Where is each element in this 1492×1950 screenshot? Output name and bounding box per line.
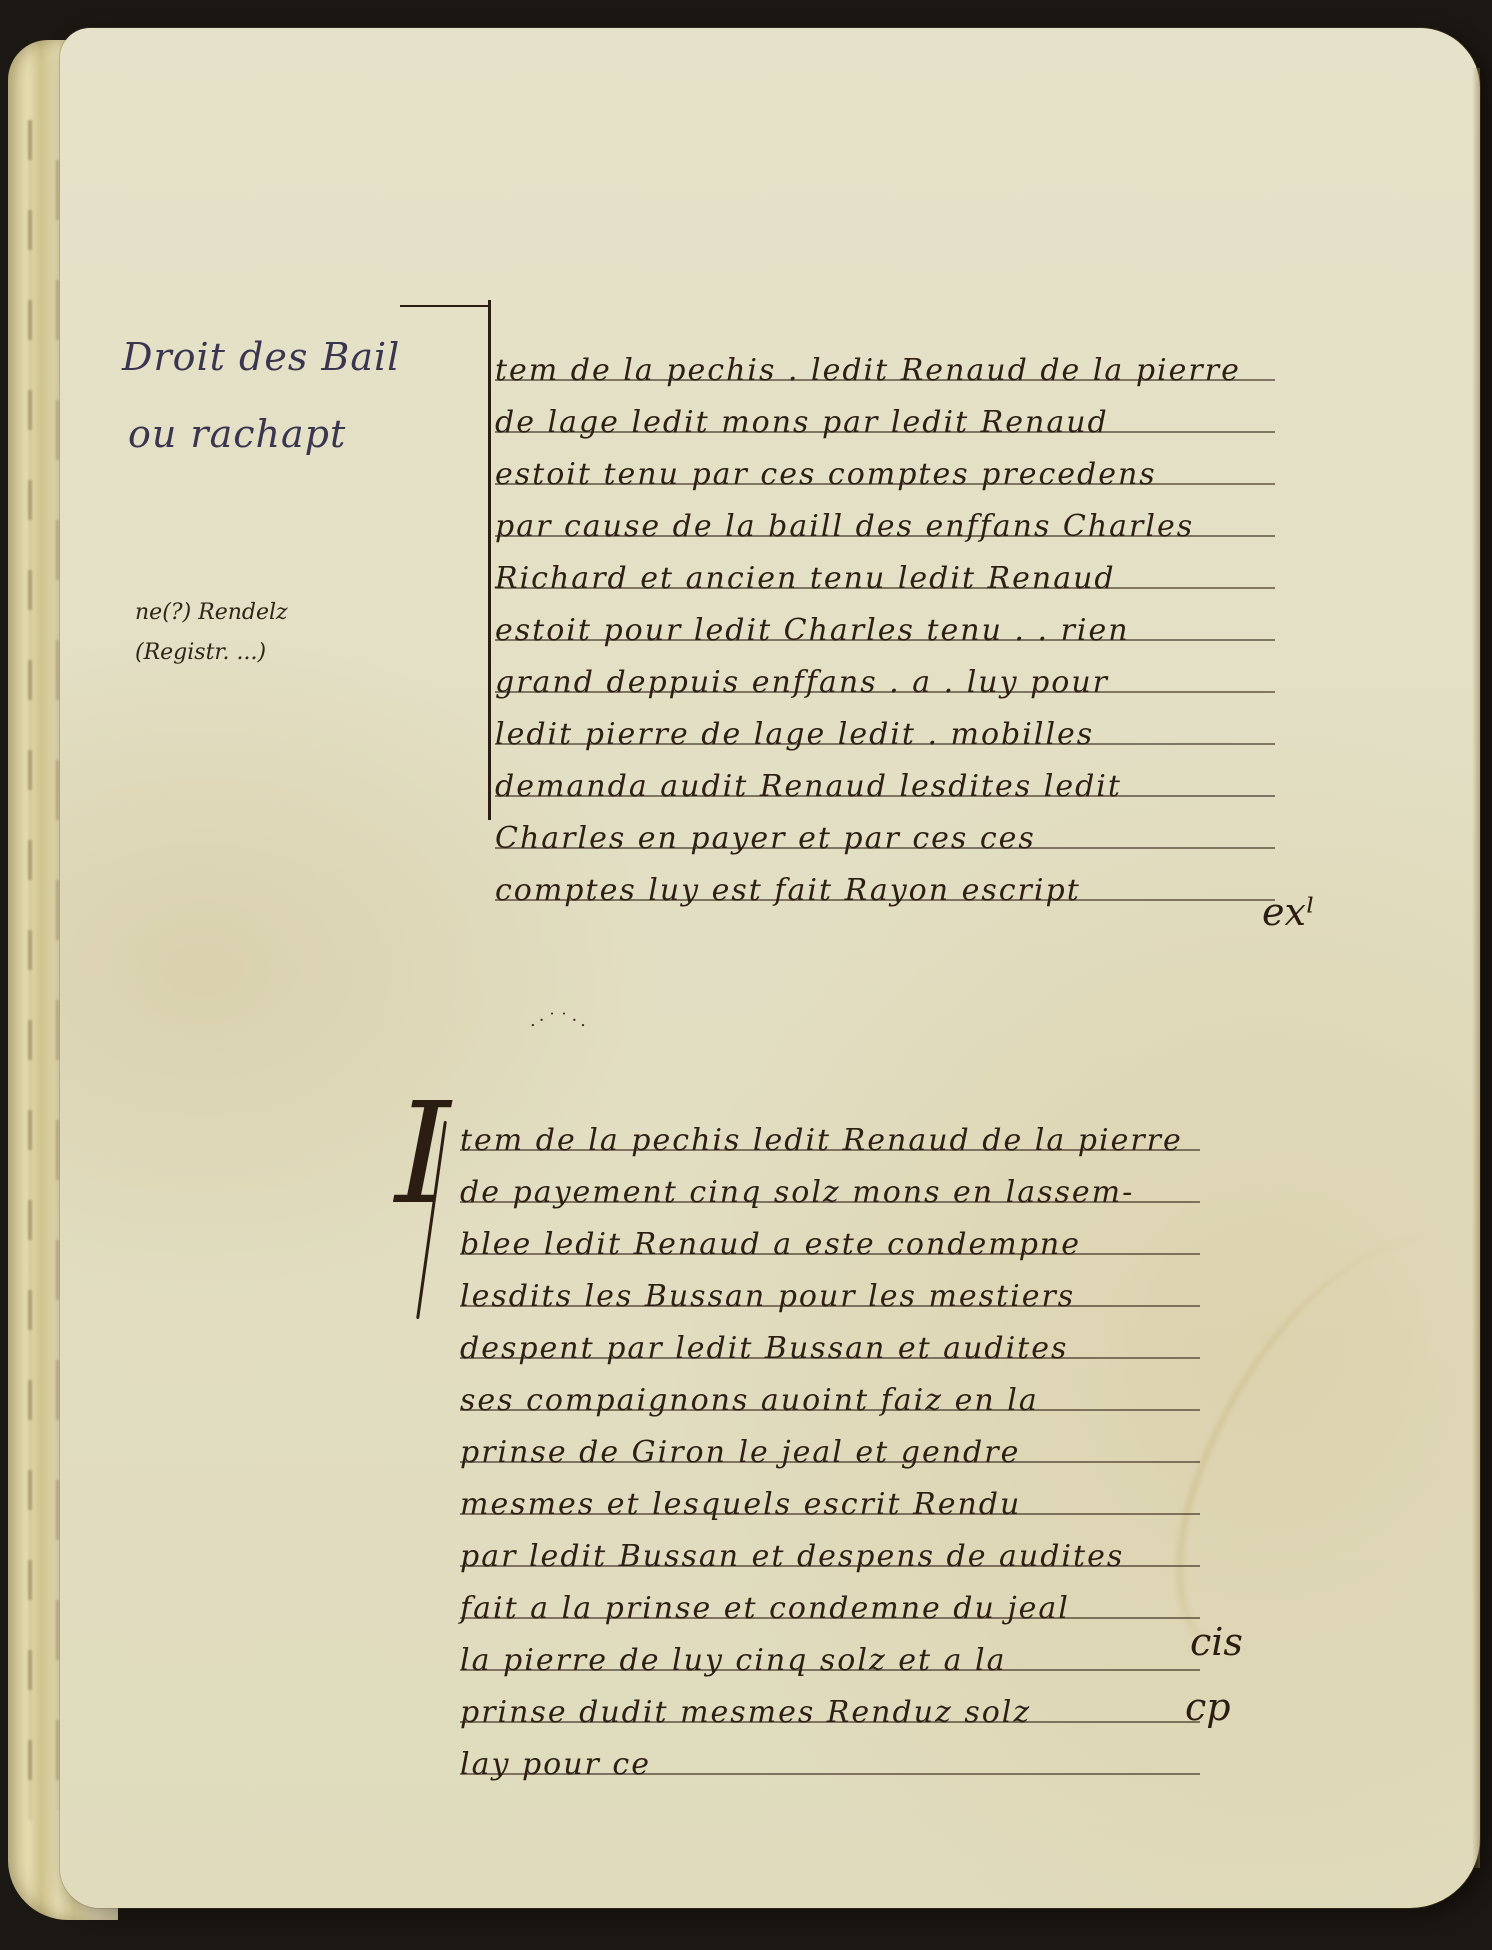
entry-1-line: Richard et ancien tenu ledit Renaud (495, 553, 1275, 605)
entry-1-line: grand deppuis enffans . a . luy pour (495, 657, 1275, 709)
leaf-right-edge (1472, 68, 1480, 1868)
entry-2-line: par ledit Bussan et despens de audites (460, 1531, 1200, 1583)
entry-2-line: mesmes et lesquels escrit Rendu (460, 1479, 1200, 1531)
entry-1-line: de lage ledit mons par ledit Renaud (495, 397, 1275, 449)
entry-2-line: lesdits les Bussan pour les mestiers (460, 1271, 1200, 1323)
entry-1-sum: exˡ (1262, 890, 1315, 934)
entry-1-line: par cause de la baill des enffans Charle… (495, 501, 1275, 553)
entry-1-line: estoit pour ledit Charles tenu . . rien (495, 605, 1275, 657)
entry-2-line: ses compaignons auoint faiz en la (460, 1375, 1200, 1427)
entry-2-line: fait a la prinse et condemne du jeal (460, 1583, 1200, 1635)
entry-2-sum-line-1: cis (1190, 1620, 1243, 1664)
margin-heading-line-1: Droit des Bail (122, 335, 400, 379)
entry-1-line: demanda audit Renaud lesdites ledit (495, 761, 1275, 813)
entry-1-line: comptes luy est fait Rayon escript (495, 865, 1275, 917)
entry-2: tem de la pechis ledit Renaud de la pier… (460, 1115, 1200, 1791)
entry-2-line: la pierre de luy cinq solz et a la (460, 1635, 1200, 1687)
entry-2-line: tem de la pechis ledit Renaud de la pier… (460, 1115, 1200, 1167)
entry-1-line: Charles en payer et par ces ces (495, 813, 1275, 865)
entry-1-bracket-tick (400, 305, 490, 307)
entry-1-line: ledit pierre de lage ledit . mobilles (495, 709, 1275, 761)
entry-1: tem de la pechis . ledit Renaud de la pi… (495, 345, 1275, 917)
entry-2-line: prinse de Giron le jeal et gendre (460, 1427, 1200, 1479)
entry-1-line: tem de la pechis . ledit Renaud de la pi… (495, 345, 1275, 397)
margin-note-line-1: ne(?) Rendelz (135, 600, 288, 625)
margin-note-line-2: (Registr. ...) (135, 640, 266, 665)
entry-1-line: estoit tenu par ces comptes precedens (495, 449, 1275, 501)
entry-2-line: despent par ledit Bussan et audites (460, 1323, 1200, 1375)
entry-1-bracket (488, 300, 491, 820)
stray-ink-marks: .·˙˙·. (530, 1010, 589, 1031)
margin-heading-line-2: ou rachapt (128, 412, 346, 456)
entry-2-sum-line-2: cp (1185, 1685, 1231, 1729)
entry-2-line: de payement cinq solz mons en lassem- (460, 1167, 1200, 1219)
entry-2-line: prinse dudit mesmes Renduz solz (460, 1687, 1200, 1739)
entry-2-line: lay pour ce (460, 1739, 1200, 1791)
entry-2-line: blee ledit Renaud a este condempne (460, 1219, 1200, 1271)
